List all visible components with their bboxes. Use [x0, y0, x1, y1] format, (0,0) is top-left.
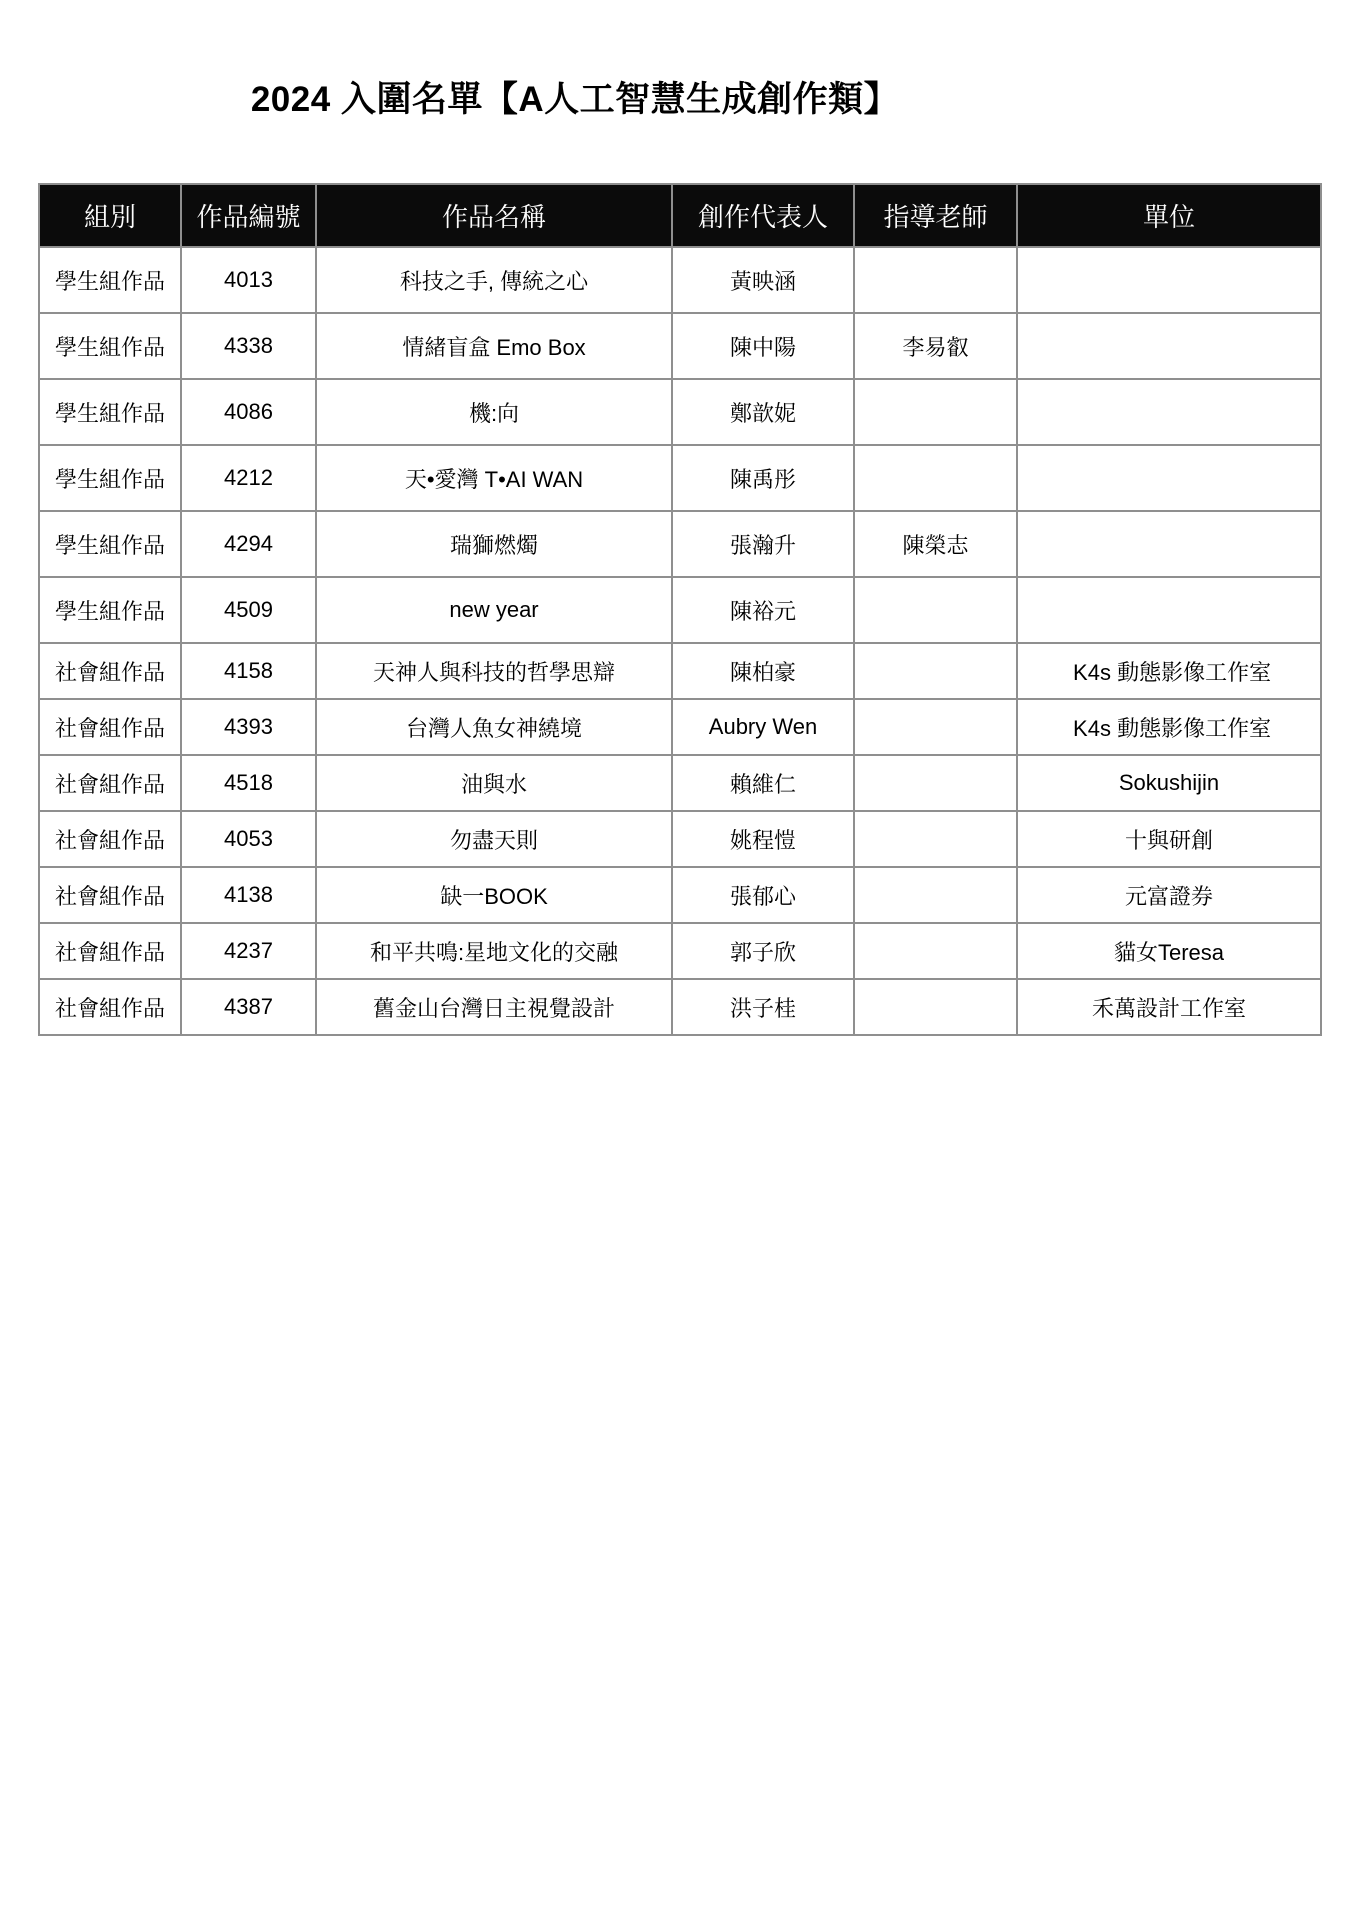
unit-cell	[1017, 313, 1321, 379]
advisor-cell: 陳榮志	[854, 511, 1017, 577]
group-cell: 社會組作品	[39, 811, 181, 867]
code-cell: 4013	[181, 247, 316, 313]
advisor-cell	[854, 811, 1017, 867]
advisor-cell	[854, 577, 1017, 643]
representative-cell: 姚程愷	[672, 811, 854, 867]
table-row: 學生組作品4509new year陳裕元	[39, 577, 1321, 643]
representative-cell: 陳柏豪	[672, 643, 854, 699]
title-cell: 勿盡天則	[316, 811, 672, 867]
advisor-cell	[854, 379, 1017, 445]
group-cell: 社會組作品	[39, 643, 181, 699]
representative-cell: 洪子桂	[672, 979, 854, 1035]
table-row: 社會組作品4393台灣人魚女神繞境Aubry Wen K4s 動態影像工作室	[39, 699, 1321, 755]
unit-cell	[1017, 445, 1321, 511]
group-cell: 學生組作品	[39, 445, 181, 511]
advisor-cell	[854, 979, 1017, 1035]
table-row: 社會組作品4518油與水賴維仁Sokushijin	[39, 755, 1321, 811]
title-cell: 天•愛灣 T•AI WAN	[316, 445, 672, 511]
table-row: 社會組作品4387舊金山台灣日主視覺設計洪子桂禾萬設計工作室	[39, 979, 1321, 1035]
code-cell: 4138	[181, 867, 316, 923]
code-cell: 4387	[181, 979, 316, 1035]
group-cell: 學生組作品	[39, 577, 181, 643]
code-cell: 4338	[181, 313, 316, 379]
representative-cell: 賴維仁	[672, 755, 854, 811]
group-cell: 社會組作品	[39, 867, 181, 923]
table-row: 學生組作品4086機:向鄭歆妮	[39, 379, 1321, 445]
shortlist-table: 組別作品編號作品名稱創作代表人指導老師單位 學生組作品4013科技之手, 傳統之…	[38, 183, 1322, 1036]
code-cell: 4294	[181, 511, 316, 577]
title-cell: 缺一BOOK	[316, 867, 672, 923]
column-header: 單位	[1017, 184, 1321, 247]
table-row: 學生組作品4013科技之手, 傳統之心黃映涵	[39, 247, 1321, 313]
code-cell: 4393	[181, 699, 316, 755]
representative-cell: 張郁心	[672, 867, 854, 923]
advisor-cell	[854, 643, 1017, 699]
representative-cell: Aubry Wen	[672, 699, 854, 755]
title-cell: new year	[316, 577, 672, 643]
unit-cell: 元富證券	[1017, 867, 1321, 923]
group-cell: 學生組作品	[39, 313, 181, 379]
code-cell: 4086	[181, 379, 316, 445]
representative-cell: 張瀚升	[672, 511, 854, 577]
unit-cell: 貓女Teresa	[1017, 923, 1321, 979]
advisor-cell	[854, 699, 1017, 755]
advisor-cell	[854, 247, 1017, 313]
representative-cell: 黃映涵	[672, 247, 854, 313]
group-cell: 社會組作品	[39, 923, 181, 979]
unit-cell: Sokushijin	[1017, 755, 1321, 811]
code-cell: 4053	[181, 811, 316, 867]
advisor-cell	[854, 923, 1017, 979]
column-header: 指導老師	[854, 184, 1017, 247]
group-cell: 學生組作品	[39, 379, 181, 445]
code-cell: 4237	[181, 923, 316, 979]
title-cell: 情緒盲盒 Emo Box	[316, 313, 672, 379]
column-header: 創作代表人	[672, 184, 854, 247]
unit-cell	[1017, 247, 1321, 313]
table-row: 學生組作品4294瑞獅燃燭張瀚升陳榮志	[39, 511, 1321, 577]
title-cell: 台灣人魚女神繞境	[316, 699, 672, 755]
advisor-cell	[854, 445, 1017, 511]
representative-cell: 陳裕元	[672, 577, 854, 643]
table-body: 學生組作品4013科技之手, 傳統之心黃映涵學生組作品4338情緒盲盒 Emo …	[39, 247, 1321, 1035]
table-row: 學生組作品4338情緒盲盒 Emo Box陳中陽李易叡	[39, 313, 1321, 379]
code-cell: 4212	[181, 445, 316, 511]
representative-cell: 陳中陽	[672, 313, 854, 379]
table-row: 社會組作品4053勿盡天則姚程愷十與研創	[39, 811, 1321, 867]
title-cell: 油與水	[316, 755, 672, 811]
title-cell: 科技之手, 傳統之心	[316, 247, 672, 313]
unit-cell	[1017, 379, 1321, 445]
table-row: 社會組作品4138缺一BOOK張郁心元富證券	[39, 867, 1321, 923]
page-title: 2024 入圍名單【A人工智慧生成創作類】	[0, 72, 1150, 122]
group-cell: 社會組作品	[39, 699, 181, 755]
unit-cell: 禾萬設計工作室	[1017, 979, 1321, 1035]
group-cell: 學生組作品	[39, 247, 181, 313]
column-header: 作品編號	[181, 184, 316, 247]
table-row: 社會組作品4158天神人與科技的哲學思辯陳柏豪 K4s 動態影像工作室	[39, 643, 1321, 699]
title-cell: 機:向	[316, 379, 672, 445]
unit-cell: 十與研創	[1017, 811, 1321, 867]
group-cell: 社會組作品	[39, 755, 181, 811]
advisor-cell: 李易叡	[854, 313, 1017, 379]
code-cell: 4509	[181, 577, 316, 643]
unit-cell: K4s 動態影像工作室	[1017, 699, 1321, 755]
table-header-row: 組別作品編號作品名稱創作代表人指導老師單位	[39, 184, 1321, 247]
unit-cell: K4s 動態影像工作室	[1017, 643, 1321, 699]
column-header: 組別	[39, 184, 181, 247]
advisor-cell	[854, 755, 1017, 811]
title-cell: 和平共鳴:星地文化的交融	[316, 923, 672, 979]
representative-cell: 鄭歆妮	[672, 379, 854, 445]
code-cell: 4158	[181, 643, 316, 699]
title-cell: 舊金山台灣日主視覺設計	[316, 979, 672, 1035]
advisor-cell	[854, 867, 1017, 923]
code-cell: 4518	[181, 755, 316, 811]
group-cell: 社會組作品	[39, 979, 181, 1035]
group-cell: 學生組作品	[39, 511, 181, 577]
unit-cell	[1017, 511, 1321, 577]
unit-cell	[1017, 577, 1321, 643]
representative-cell: 郭子欣	[672, 923, 854, 979]
column-header: 作品名稱	[316, 184, 672, 247]
title-cell: 天神人與科技的哲學思辯	[316, 643, 672, 699]
table-row: 社會組作品4237和平共鳴:星地文化的交融郭子欣貓女Teresa	[39, 923, 1321, 979]
representative-cell: 陳禹彤	[672, 445, 854, 511]
table-row: 學生組作品4212天•愛灣 T•AI WAN陳禹彤	[39, 445, 1321, 511]
title-cell: 瑞獅燃燭	[316, 511, 672, 577]
